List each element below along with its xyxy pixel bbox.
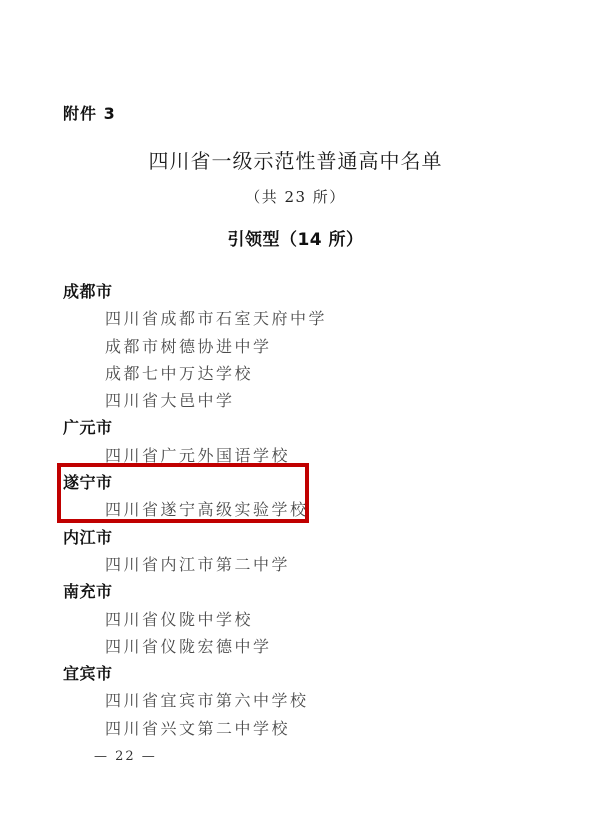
school-name: 四川省大邑中学 <box>63 387 523 414</box>
attachment-label: 附件 3 <box>63 101 116 124</box>
city-name: 南充市 <box>63 578 523 605</box>
school-name: 四川省成都市石室天府中学 <box>63 305 523 332</box>
city-name: 宜宾市 <box>63 660 523 687</box>
school-name: 四川省仪陇中学校 <box>63 606 523 633</box>
page-number: — 22 — <box>94 749 157 764</box>
school-name: 成都市树德协进中学 <box>63 333 523 360</box>
school-name: 四川省宜宾市第六中学校 <box>63 687 523 714</box>
school-name: 四川省遂宁高级实验学校 <box>63 496 523 523</box>
city-name: 广元市 <box>63 414 523 441</box>
section-heading: 引领型（14 所） <box>0 225 591 250</box>
city-group: 遂宁市四川省遂宁高级实验学校 <box>63 469 523 524</box>
school-name: 四川省内江市第二中学 <box>63 551 523 578</box>
city-name: 遂宁市 <box>63 469 523 496</box>
page-subtitle-count: （共 23 所） <box>0 186 591 207</box>
page-title: 四川省一级示范性普通高中名单 <box>0 145 591 174</box>
city-name: 成都市 <box>63 278 523 305</box>
city-name: 内江市 <box>63 524 523 551</box>
city-group: 成都市四川省成都市石室天府中学成都市树德协进中学成都七中万达学校四川省大邑中学 <box>63 278 523 414</box>
school-list: 成都市四川省成都市石室天府中学成都市树德协进中学成都七中万达学校四川省大邑中学广… <box>63 278 523 742</box>
school-name: 四川省仪陇宏德中学 <box>63 633 523 660</box>
city-group: 内江市四川省内江市第二中学 <box>63 524 523 579</box>
document-page: 附件 3 四川省一级示范性普通高中名单 （共 23 所） 引领型（14 所） 成… <box>0 0 591 838</box>
school-name: 成都七中万达学校 <box>63 360 523 387</box>
city-group: 南充市四川省仪陇中学校四川省仪陇宏德中学 <box>63 578 523 660</box>
city-group: 宜宾市四川省宜宾市第六中学校四川省兴文第二中学校 <box>63 660 523 742</box>
city-group: 广元市四川省广元外国语学校 <box>63 414 523 469</box>
school-name: 四川省广元外国语学校 <box>63 442 523 469</box>
school-name: 四川省兴文第二中学校 <box>63 715 523 742</box>
